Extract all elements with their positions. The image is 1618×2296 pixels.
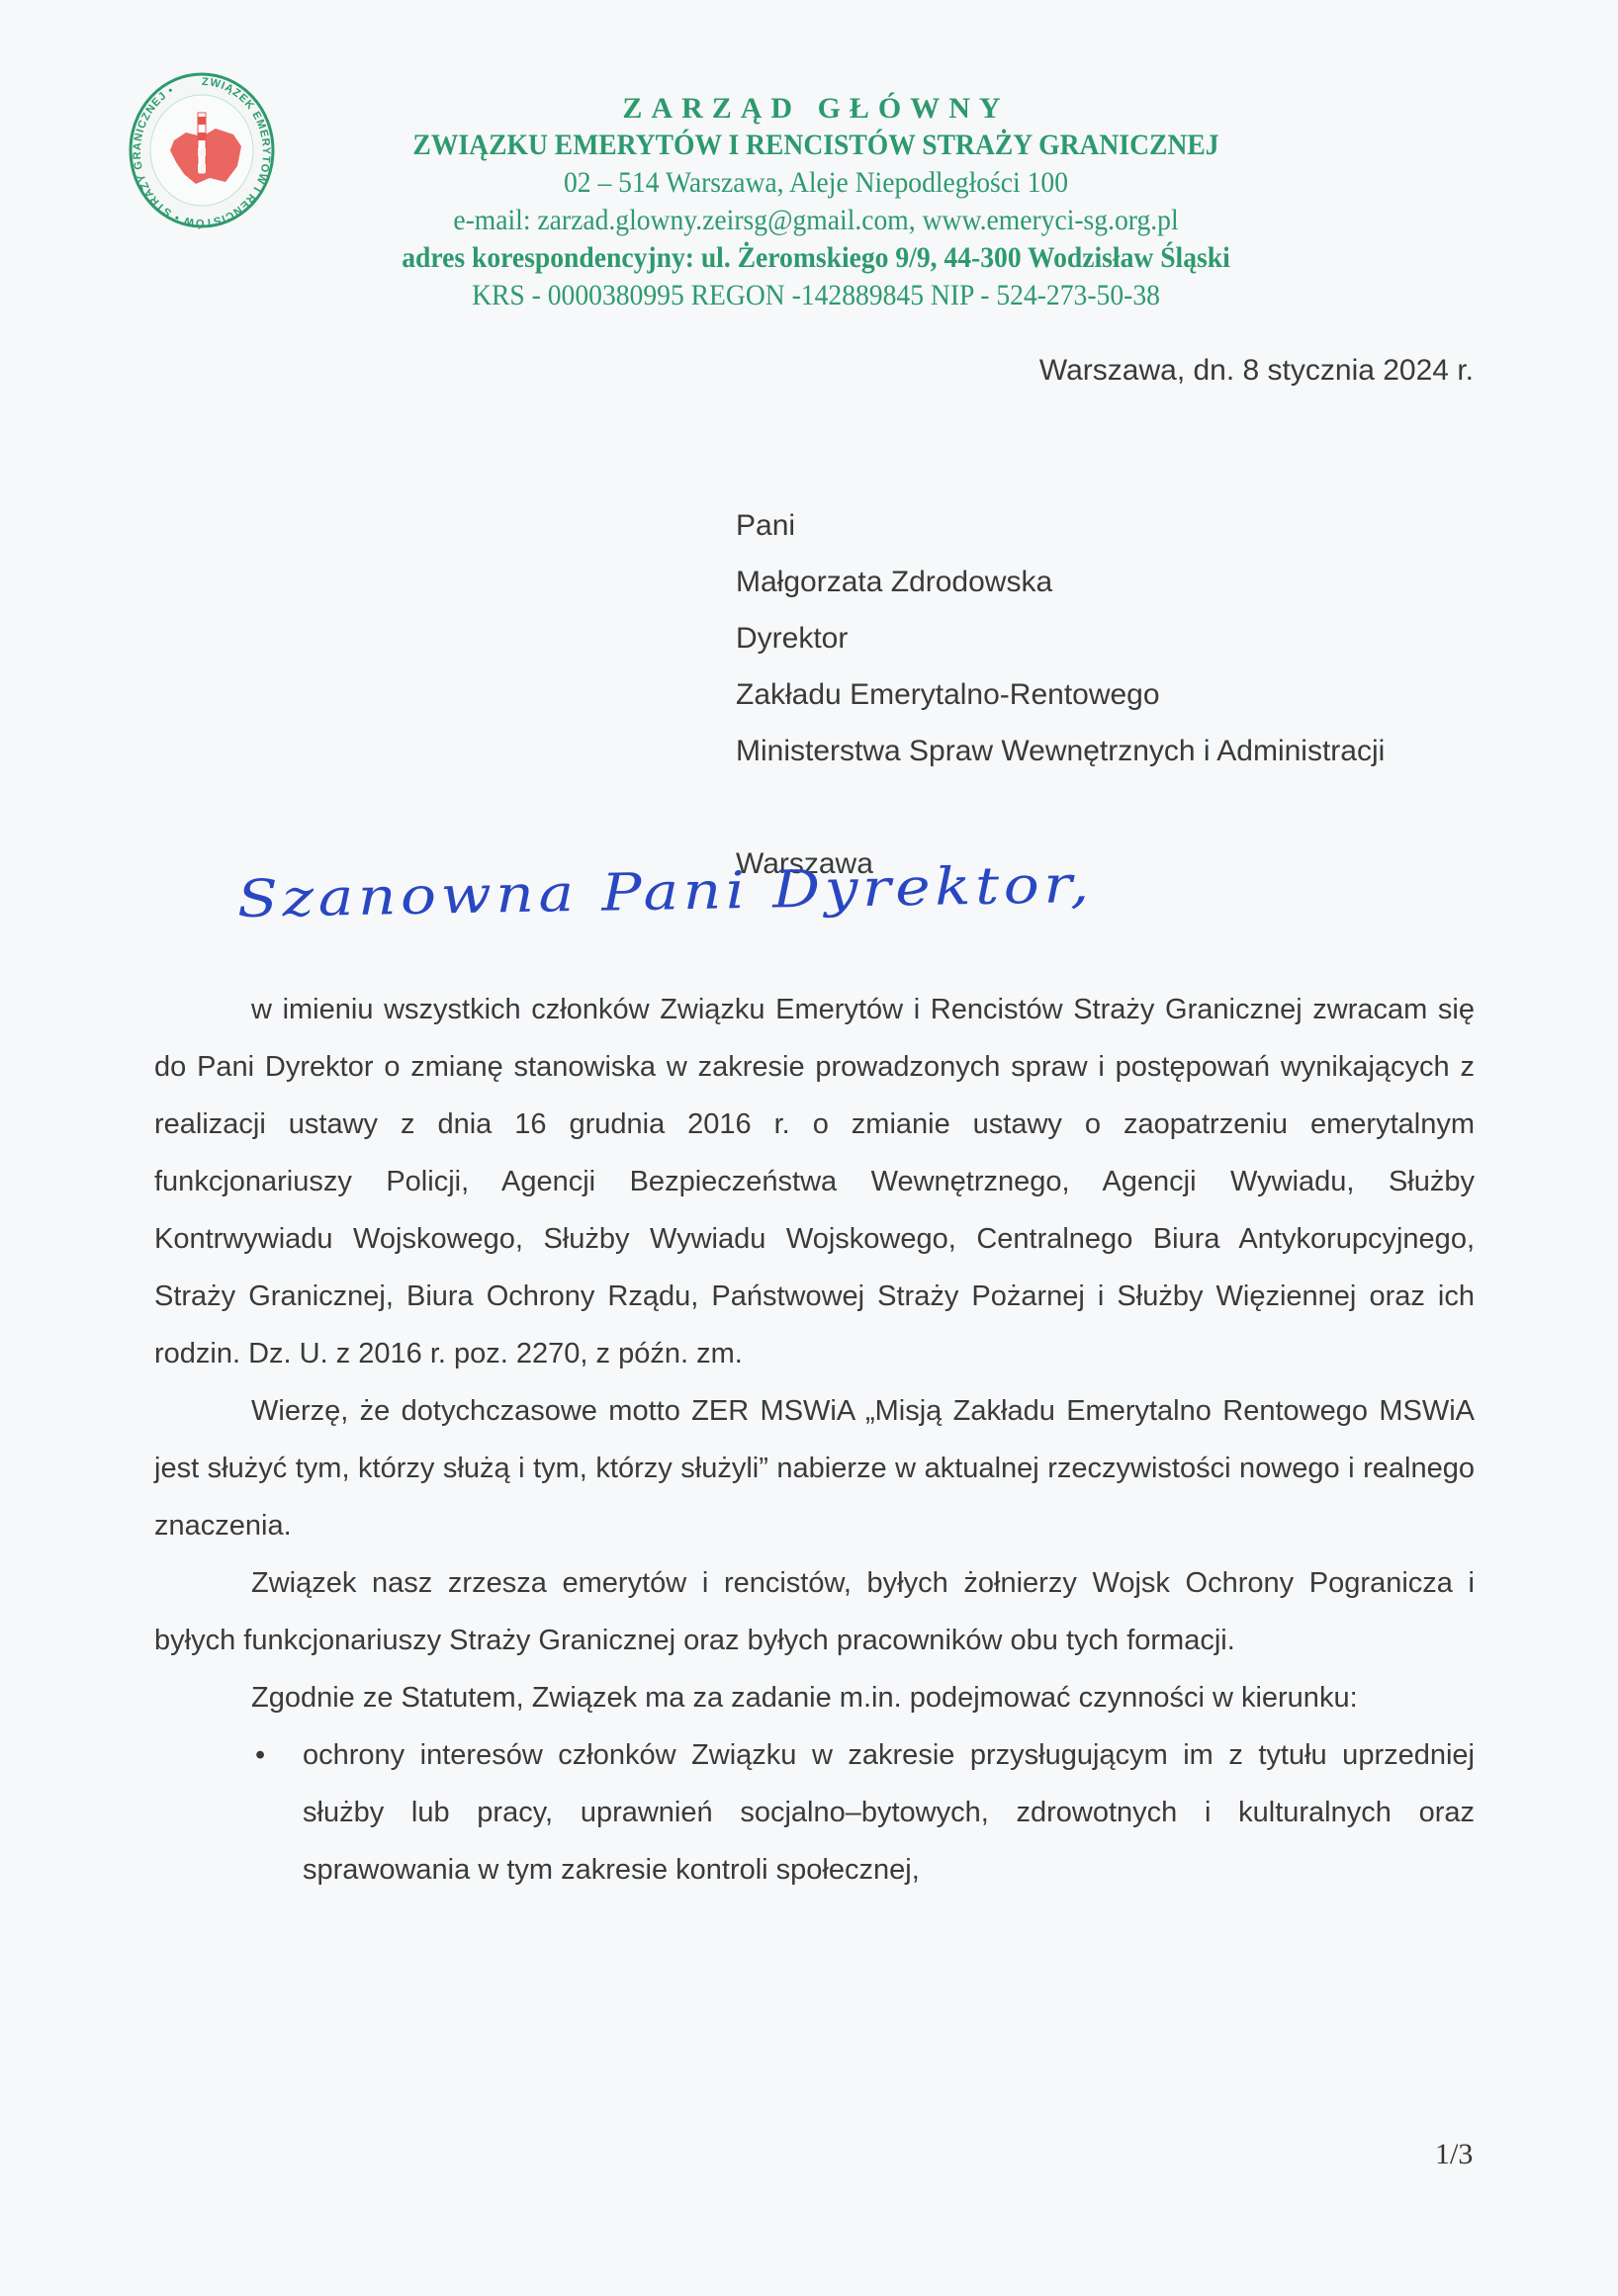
letter-page: ZWIĄZEK EMERYTÓW I RENCISTÓW • STRAŻY GR…: [0, 0, 1618, 2296]
recipient-line: Zakładu Emerytalno-Rentowego: [736, 675, 1385, 732]
body-paragraph: Zgodnie ze Statutem, Związek ma za zadan…: [154, 1669, 1475, 1726]
association-emblem-icon: ZWIĄZEK EMERYTÓW I RENCISTÓW • STRAŻY GR…: [127, 71, 277, 229]
letterhead-address: 02 – 514 Warszawa, Aleje Niepodległości …: [338, 164, 1294, 202]
recipient-line: Pani: [736, 506, 1385, 563]
letterhead-identifiers: KRS - 0000380995 REGON -142889845 NIP - …: [338, 277, 1294, 314]
recipient-line: Dyrektor: [736, 619, 1385, 675]
recipient-line: Małgorzata Zdrodowska: [736, 563, 1385, 619]
bullet-icon: •: [255, 1726, 265, 1784]
handwritten-salutation: Szanowna Pani Dyrektor,: [236, 855, 1094, 929]
letterhead-organization: ZWIĄZKU EMERYTÓW I RENCISTÓW STRAŻY GRAN…: [338, 127, 1294, 164]
letterhead-contact: e-mail: zarzad.glowny.zeirsg@gmail.com, …: [338, 202, 1294, 239]
letterhead-correspondence-address: adres korespondencyjny: ul. Żeromskiego …: [338, 239, 1294, 277]
body-paragraph: Związek nasz zrzesza emerytów i rencistó…: [154, 1554, 1475, 1669]
body-paragraph: Wierzę, że dotychczasowe motto ZER MSWiA…: [154, 1382, 1475, 1554]
letter-body: w imieniu wszystkich członków Związku Em…: [154, 981, 1475, 1899]
letterhead: ZARZĄD GŁÓWNY ZWIĄZKU EMERYTÓW I RENCIST…: [297, 91, 1335, 314]
body-paragraph: w imieniu wszystkich członków Związku Em…: [154, 981, 1475, 1382]
bullet-list: • ochrony interesów członków Związku w z…: [154, 1726, 1475, 1899]
bullet-item: • ochrony interesów członków Związku w z…: [303, 1726, 1475, 1899]
page-number: 1/3: [1435, 2138, 1473, 2171]
letter-date: Warszawa, dn. 8 stycznia 2024 r.: [1039, 354, 1474, 388]
recipient-block: Pani Małgorzata Zdrodowska Dyrektor Zakł…: [736, 506, 1385, 901]
recipient-line: Ministerstwa Spraw Wewnętrznych i Admini…: [736, 732, 1385, 788]
bullet-item-text: ochrony interesów członków Związku w zak…: [303, 1739, 1475, 1886]
letterhead-title: ZARZĄD GŁÓWNY: [297, 91, 1335, 127]
